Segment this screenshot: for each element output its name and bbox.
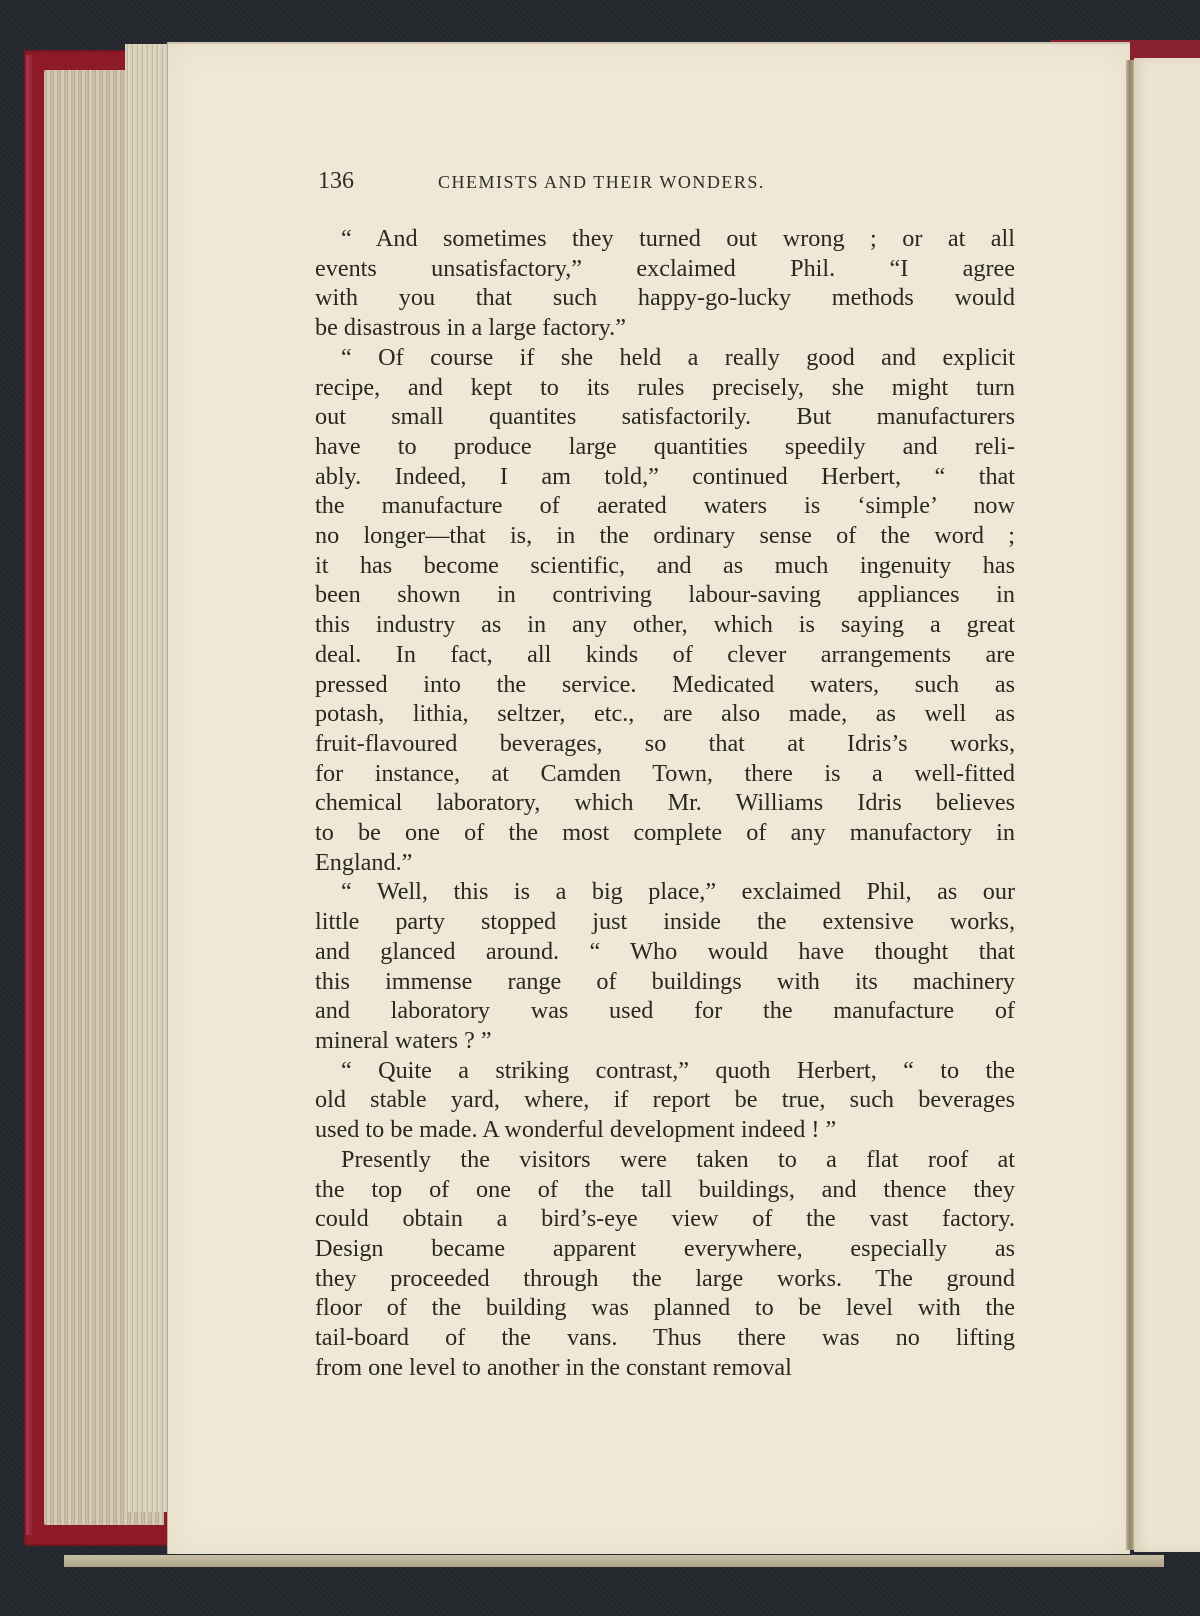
paragraph: “ Of course if she held a really good an…: [315, 343, 1015, 878]
text-line: be disastrous in a large factory.”: [315, 313, 1015, 343]
text-line: it has become scientific, and as much in…: [315, 551, 1015, 581]
text-line: England.”: [315, 848, 1015, 878]
text-line: tail-board of the vans. Thus there was n…: [315, 1323, 1015, 1353]
paragraph: “ Well, this is a big place,” exclaimed …: [315, 877, 1015, 1055]
text-line: floor of the building was planned to be …: [315, 1293, 1015, 1323]
paragraph: Presently the visitors were taken to a f…: [315, 1145, 1015, 1383]
text-line: Design became apparent everywhere, espec…: [315, 1234, 1015, 1264]
text-line: they proceeded through the large works. …: [315, 1264, 1015, 1294]
text-line: the manufacture of aerated waters is ‘si…: [315, 491, 1015, 521]
text-line: Presently the visitors were taken to a f…: [315, 1145, 1015, 1175]
cover-edge-highlight: [26, 55, 32, 1535]
text-line: with you that such happy-go-lucky method…: [315, 283, 1015, 313]
text-line: used to be made. A wonderful development…: [315, 1115, 1015, 1145]
text-line: out small quantites satisfactorily. But …: [315, 402, 1015, 432]
text-line: pressed into the service. Medicated wate…: [315, 670, 1015, 700]
text-line: “ And sometimes they turned out wrong ; …: [315, 224, 1015, 254]
facing-page-sliver: [1134, 58, 1200, 1552]
text-line: to be one of the most complete of any ma…: [315, 818, 1015, 848]
page-header: 136 CHEMISTS AND THEIR WONDERS.: [318, 168, 1008, 198]
paragraph: “ Quite a striking contrast,” quoth Herb…: [315, 1056, 1015, 1145]
running-head: CHEMISTS AND THEIR WONDERS.: [438, 172, 765, 193]
text-line: mineral waters ? ”: [315, 1026, 1015, 1056]
text-line: ably. Indeed, I am told,” continued Herb…: [315, 462, 1015, 492]
page-bottom-edge: [64, 1555, 1164, 1567]
text-line: old stable yard, where, if report be tru…: [315, 1085, 1015, 1115]
text-line: and laboratory was used for the manufact…: [315, 996, 1015, 1026]
text-line: “ Of course if she held a really good an…: [315, 343, 1015, 373]
text-line: been shown in contriving labour-saving a…: [315, 580, 1015, 610]
text-line: chemical laboratory, which Mr. Williams …: [315, 788, 1015, 818]
text-line: for instance, at Camden Town, there is a…: [315, 759, 1015, 789]
text-line: “ Well, this is a big place,” exclaimed …: [315, 877, 1015, 907]
text-line: recipe, and kept to its rules precisely,…: [315, 373, 1015, 403]
text-line: fruit-flavoured beverages, so that at Id…: [315, 729, 1015, 759]
paragraph: “ And sometimes they turned out wrong ; …: [315, 224, 1015, 343]
book-gutter: [1126, 60, 1134, 1550]
text-line: events unsatisfactory,” exclaimed Phil. …: [315, 254, 1015, 284]
body-text: “ And sometimes they turned out wrong ; …: [315, 224, 1015, 1382]
text-line: could obtain a bird’s-eye view of the va…: [315, 1204, 1015, 1234]
text-line: have to produce large quantities speedil…: [315, 432, 1015, 462]
text-line: no longer—that is, in the ordinary sense…: [315, 521, 1015, 551]
text-line: and glanced around. “ Who would have tho…: [315, 937, 1015, 967]
text-line: this industry as in any other, which is …: [315, 610, 1015, 640]
text-line: deal. In fact, all kinds of clever arran…: [315, 640, 1015, 670]
text-line: from one level to another in the constan…: [315, 1353, 1015, 1383]
text-line: “ Quite a striking contrast,” quoth Herb…: [315, 1056, 1015, 1086]
text-line: potash, lithia, seltzer, etc., are also …: [315, 699, 1015, 729]
text-line: the top of one of the tall buildings, an…: [315, 1175, 1015, 1205]
text-line: this immense range of buildings with its…: [315, 967, 1015, 997]
text-line: little party stopped just inside the ext…: [315, 907, 1015, 937]
page-number: 136: [318, 168, 354, 195]
